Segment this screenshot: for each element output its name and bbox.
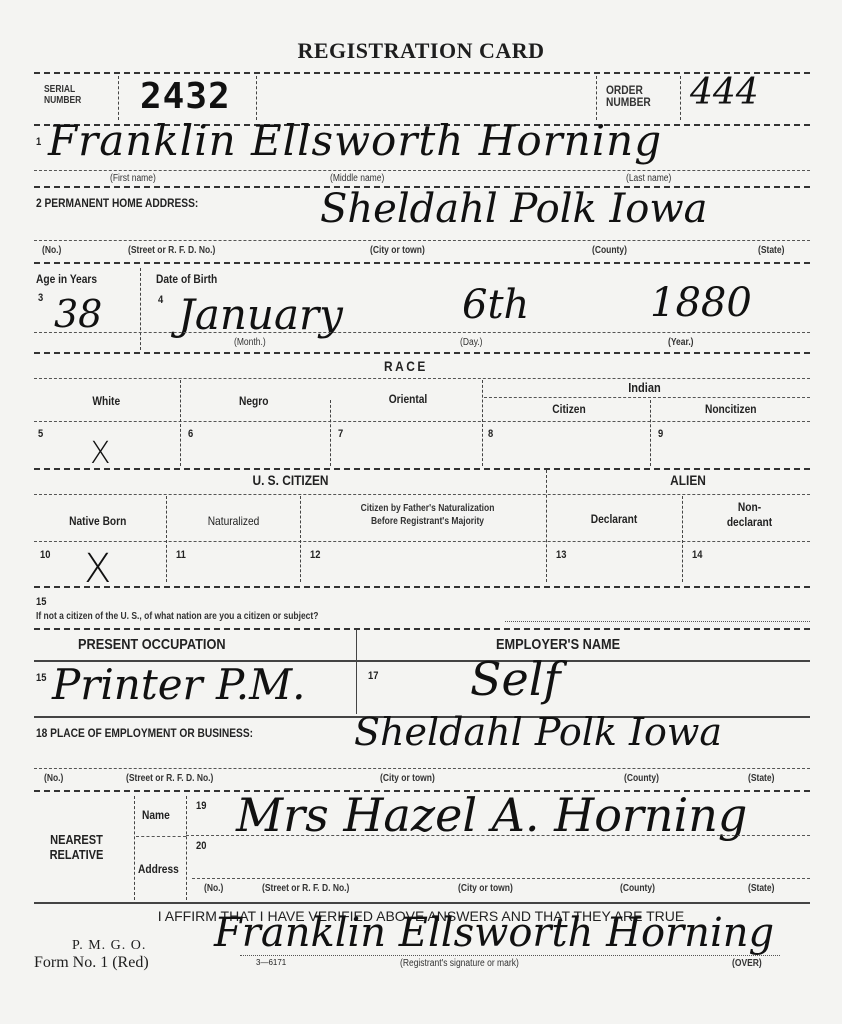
- field-number: 15: [36, 672, 46, 684]
- citizen-column-naturalized: Naturalized: [174, 514, 293, 528]
- race-column-white: White: [34, 394, 179, 408]
- column-line1: Citizen by Father's Naturalization: [300, 502, 555, 515]
- citizen-column-fathers-naturalization: Citizen by Father's NaturalizationBefore…: [300, 502, 555, 528]
- divider: [186, 835, 810, 836]
- field-number: 7: [338, 428, 343, 440]
- divider: [34, 352, 810, 354]
- race-white-mark: X: [90, 436, 111, 471]
- nation-answer-line: [505, 621, 810, 622]
- divider: [186, 796, 187, 900]
- day-label: (Day.): [460, 337, 483, 348]
- last-name-label: (Last name): [626, 173, 671, 184]
- occupation-value: Printer P.M.: [52, 660, 305, 709]
- divider: [34, 332, 810, 333]
- divider: [484, 397, 810, 398]
- address-sub-label: (No.): [204, 883, 223, 894]
- year-label: (Year.): [668, 337, 694, 348]
- birth-day: 6th: [462, 282, 529, 328]
- divider: [680, 76, 681, 120]
- race-indian-heading: Indian: [500, 380, 789, 395]
- address-sub-label: (No.): [44, 773, 63, 784]
- race-column-oriental: Oriental: [340, 392, 476, 406]
- address-sub-label: (County): [592, 245, 627, 256]
- divider: [180, 380, 181, 466]
- employer-label: EMPLOYER'S NAME: [496, 636, 620, 653]
- divider: [356, 630, 357, 714]
- relative-address-label: Address: [138, 862, 179, 876]
- divider: [682, 496, 683, 582]
- field-number: 17: [368, 670, 378, 682]
- field-number: 9: [658, 428, 663, 440]
- field-number: 20: [196, 840, 206, 852]
- divider: [118, 76, 119, 120]
- birth-label: Date of Birth: [156, 272, 217, 286]
- age-label: Age in Years: [36, 272, 97, 286]
- race-column-indian-citizen: Citizen: [484, 402, 654, 416]
- field-number: 11: [176, 549, 186, 561]
- divider: [596, 76, 597, 120]
- home-address-value: Sheldahl Polk Iowa: [320, 186, 707, 232]
- divider: [34, 541, 810, 542]
- divider: [134, 796, 135, 900]
- race-column-indian-noncitizen: Noncitizen: [650, 402, 812, 416]
- order-number: 444: [690, 72, 759, 113]
- citizen-column-native-born: Native Born: [34, 514, 162, 528]
- alien-heading: ALIEN: [620, 472, 756, 488]
- card-title: REGISTRATION CARD: [0, 38, 842, 64]
- signature-label: (Registrant's signature or mark): [400, 958, 519, 969]
- address-sub-label: (City or town): [370, 245, 425, 256]
- field-number: 4: [158, 294, 163, 306]
- address-sub-label: (County): [620, 883, 655, 894]
- middle-name-label: (Middle name): [330, 173, 384, 184]
- divider: [34, 468, 810, 470]
- divider: [300, 496, 301, 582]
- form-office: P. M. G. O.: [72, 938, 146, 954]
- employment-place-label: 18 PLACE OF EMPLOYMENT OR BUSINESS:: [36, 726, 253, 740]
- address-sub-label: (Street or R. F. D. No.): [262, 883, 349, 894]
- divider: [482, 380, 483, 466]
- nation-question: If not a citizen of the U. S., of what n…: [36, 611, 318, 622]
- home-address-label: 2 PERMANENT HOME ADDRESS:: [36, 196, 198, 210]
- divider: [166, 496, 167, 582]
- address-sub-label: (State): [748, 883, 774, 894]
- occupation-label: PRESENT OCCUPATION: [78, 636, 226, 653]
- column-line1: Non-: [690, 500, 809, 515]
- over-label: (OVER): [732, 958, 762, 969]
- divider: [34, 768, 810, 769]
- divider: [650, 400, 651, 466]
- address-sub-label: (State): [748, 773, 774, 784]
- address-sub-label: (Street or R. F. D. No.): [128, 245, 215, 256]
- field-number: 1: [36, 136, 41, 148]
- field-number: 14: [692, 549, 702, 561]
- address-sub-label: (City or town): [458, 883, 513, 894]
- divider: [140, 268, 141, 350]
- employer-value: Self: [470, 652, 560, 706]
- divider: [136, 836, 186, 837]
- address-sub-label: (Street or R. F. D. No.): [126, 773, 213, 784]
- divider: [34, 421, 810, 422]
- relative-label-line1: NEAREST: [34, 832, 119, 847]
- print-code: 3—6171: [256, 958, 286, 967]
- divider: [34, 902, 810, 904]
- alien-column-nondeclarant: Non-declarant: [690, 500, 809, 530]
- serial-label: SERIALNUMBER: [44, 84, 81, 106]
- field-number: 3: [38, 292, 43, 304]
- divider: [34, 628, 810, 630]
- address-sub-label: (State): [758, 245, 784, 256]
- us-citizen-heading: U. S. CITIZEN: [180, 472, 401, 488]
- employment-place-value: Sheldahl Polk Iowa: [354, 710, 722, 754]
- form-number: Form No. 1 (Red): [34, 954, 149, 972]
- order-label: ORDERNUMBER: [606, 84, 651, 108]
- relative-name-label: Name: [142, 808, 170, 822]
- race-heading: RACE: [384, 358, 428, 374]
- race-column-negro: Negro: [190, 394, 318, 408]
- column-line2: Before Registrant's Majority: [300, 515, 555, 528]
- birth-year: 1880: [650, 280, 752, 326]
- signature-line: [240, 955, 780, 956]
- serial-number: 2432: [140, 76, 231, 117]
- divider: [34, 240, 810, 241]
- divider: [330, 400, 331, 466]
- divider: [256, 76, 257, 120]
- field-number: 12: [310, 549, 320, 561]
- relative-name-value: Mrs Hazel A. Horning: [236, 788, 747, 842]
- registrant-signature: Franklin Ellsworth Horning: [214, 910, 774, 956]
- alien-column-declarant: Declarant: [546, 512, 682, 526]
- registrant-name: Franklin Ellsworth Horning: [48, 116, 662, 165]
- age-value: 38: [54, 292, 102, 336]
- field-number: 13: [556, 549, 566, 561]
- nearest-relative-label: NEARESTRELATIVE: [34, 832, 119, 862]
- field-number: 19: [196, 800, 206, 812]
- field-number: 6: [188, 428, 193, 440]
- column-line2: declarant: [690, 515, 809, 530]
- serial-label-line1: SERIAL: [44, 84, 81, 95]
- divider: [34, 494, 810, 495]
- divider: [34, 170, 810, 171]
- address-sub-label: (County): [624, 773, 659, 784]
- field-number: 15: [36, 596, 46, 608]
- month-label: (Month.): [234, 337, 266, 348]
- divider: [34, 262, 810, 264]
- order-label-line2: NUMBER: [606, 96, 651, 108]
- field-number: 5: [38, 428, 43, 440]
- first-name-label: (First name): [110, 173, 156, 184]
- address-sub-label: (City or town): [380, 773, 435, 784]
- address-sub-label: (No.): [42, 245, 61, 256]
- field-number: 8: [488, 428, 493, 440]
- divider: [34, 378, 810, 379]
- field-number: 10: [40, 549, 50, 561]
- divider: [192, 878, 810, 879]
- relative-label-line2: RELATIVE: [34, 847, 119, 862]
- serial-label-line2: NUMBER: [44, 95, 81, 106]
- divider: [34, 586, 810, 588]
